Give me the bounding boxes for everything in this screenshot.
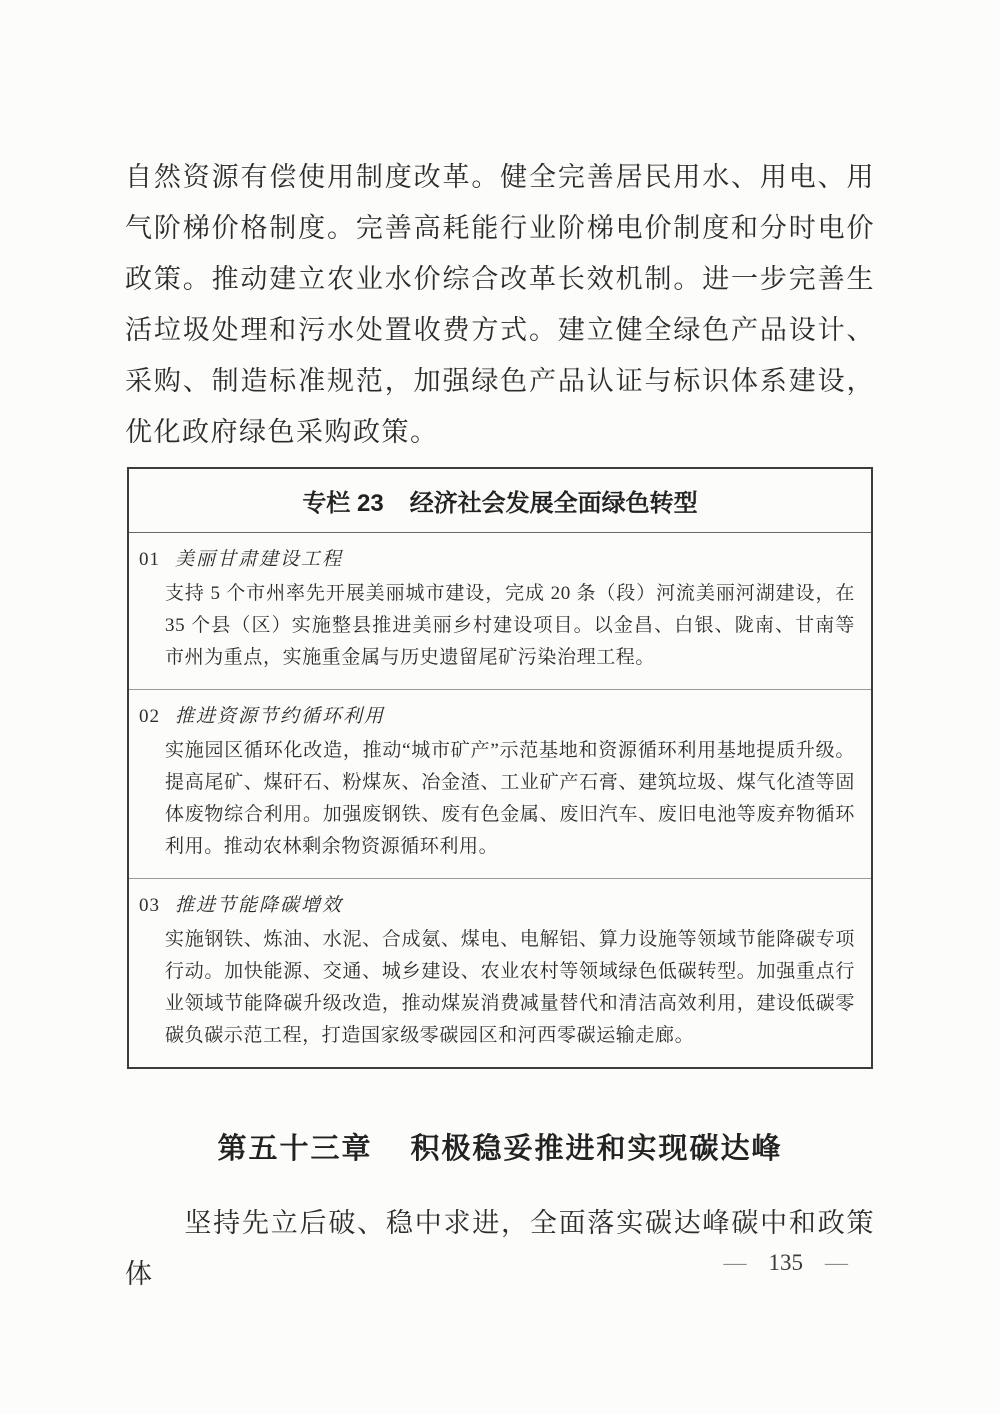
box-item-02-title: 推进资源节约循环利用 xyxy=(175,703,385,729)
box-item-03-body: 实施钢铁、炼油、水泥、合成氨、煤电、电解铝、算力设施等领域节能降碳专项行动。加快… xyxy=(165,924,855,1052)
chapter-heading: 第五十三章 积极稳妥推进和实现碳达峰 xyxy=(0,1126,1000,1167)
body-paragraph-bottom: 坚持先立后破、稳中求进，全面落实碳达峰碳中和政策体 xyxy=(125,1198,875,1300)
page-footer: — 135 — xyxy=(724,1250,849,1276)
box-item-01-title: 美丽甘肃建设工程 xyxy=(175,546,343,572)
box-item-02-head: 02 推进资源节约循环利用 xyxy=(139,703,855,730)
box-item-03-head: 03 推进节能降碳增效 xyxy=(139,892,855,919)
box-item-02-body: 实施园区循环化改造，推动“城市矿产”示范基地和资源循环利用基地提质升级。提高尾矿… xyxy=(165,735,855,863)
box-item-01: 01 美丽甘肃建设工程 支持 5 个市州率先开展美丽城市建设，完成 20 条（段… xyxy=(129,533,871,689)
box-item-03-title: 推进节能降碳增效 xyxy=(175,892,343,918)
document-page: 自然资源有偿使用制度改革。健全完善居民用水、用电、用气阶梯价格制度。完善高耗能行… xyxy=(0,0,1000,1414)
box-item-03: 03 推进节能降碳增效 实施钢铁、炼油、水泥、合成氨、煤电、电解铝、算力设施等领… xyxy=(129,878,871,1067)
box-item-02: 02 推进资源节约循环利用 实施园区循环化改造，推动“城市矿产”示范基地和资源循… xyxy=(129,689,871,878)
box-item-01-body: 支持 5 个市州率先开展美丽城市建设，完成 20 条（段）河流美丽河湖建设，在 … xyxy=(165,578,855,674)
box-item-01-head: 01 美丽甘肃建设工程 xyxy=(139,546,855,573)
footer-dash-left: — xyxy=(724,1250,747,1276)
box-item-01-number: 01 xyxy=(139,547,160,573)
footer-dash-right: — xyxy=(825,1250,848,1276)
column-box-title: 专栏 23 经济社会发展全面绿色转型 xyxy=(129,469,871,533)
box-item-03-number: 03 xyxy=(139,893,160,919)
body-paragraph-top: 自然资源有偿使用制度改革。健全完善居民用水、用电、用气阶梯价格制度。完善高耗能行… xyxy=(125,152,875,458)
footer-page-number: 135 xyxy=(769,1250,804,1276)
chapter-number: 第五十三章 xyxy=(217,1133,372,1165)
column-box-23: 专栏 23 经济社会发展全面绿色转型 01 美丽甘肃建设工程 支持 5 个市州率… xyxy=(127,467,873,1069)
box-item-02-number: 02 xyxy=(139,704,160,730)
chapter-title: 积极稳妥推进和实现碳达峰 xyxy=(411,1133,783,1165)
column-box-label: 专栏 23 xyxy=(302,483,383,518)
column-box-heading: 经济社会发展全面绿色转型 xyxy=(410,483,698,518)
